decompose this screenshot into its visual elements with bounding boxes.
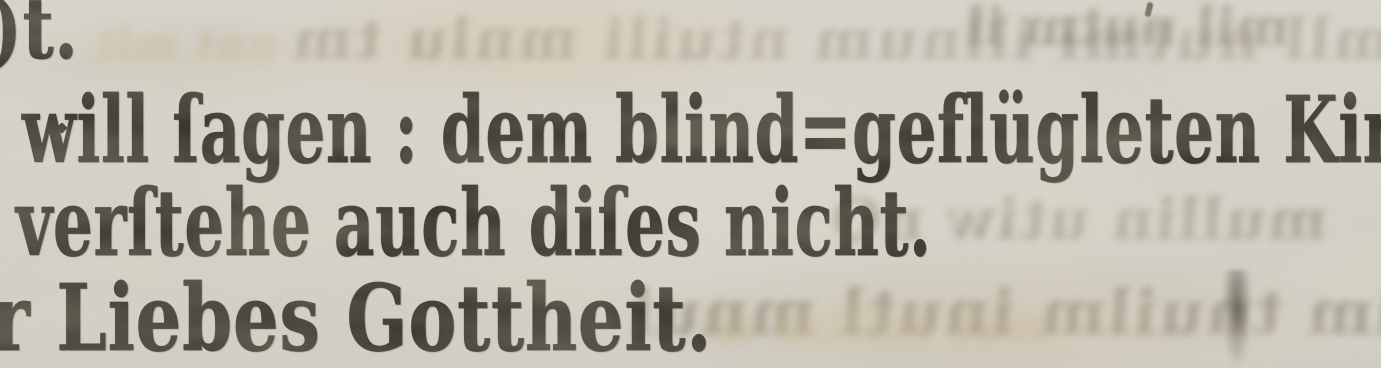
ink-smudge <box>1222 270 1252 368</box>
ink-speck <box>1144 1 1153 17</box>
text-line: verſtehe auch diſes nicht. <box>16 177 932 269</box>
bleedthrough-stain: nut mllim ui <box>699 300 1050 350</box>
bleedthrough-row: mil nutm il <box>964 2 1292 54</box>
bleedthrough-row: mll nutmi illnum ntuili mnlu tm <box>289 12 1381 68</box>
text-line: will ſagen : dem blind=geflügleten Kinde… <box>22 84 1381 176</box>
bleedthrough-stain: unt mlt <box>94 24 280 68</box>
bleedthrough-row: mnullim tnuilm inutl mnui <box>626 282 1381 344</box>
text-line: r Liebes Gottheit. <box>0 272 712 364</box>
text-line-fragment: )t. <box>0 0 79 71</box>
page-scan: unt mlt mll nutmi illnum ntuili mnlu tm … <box>0 0 1381 368</box>
